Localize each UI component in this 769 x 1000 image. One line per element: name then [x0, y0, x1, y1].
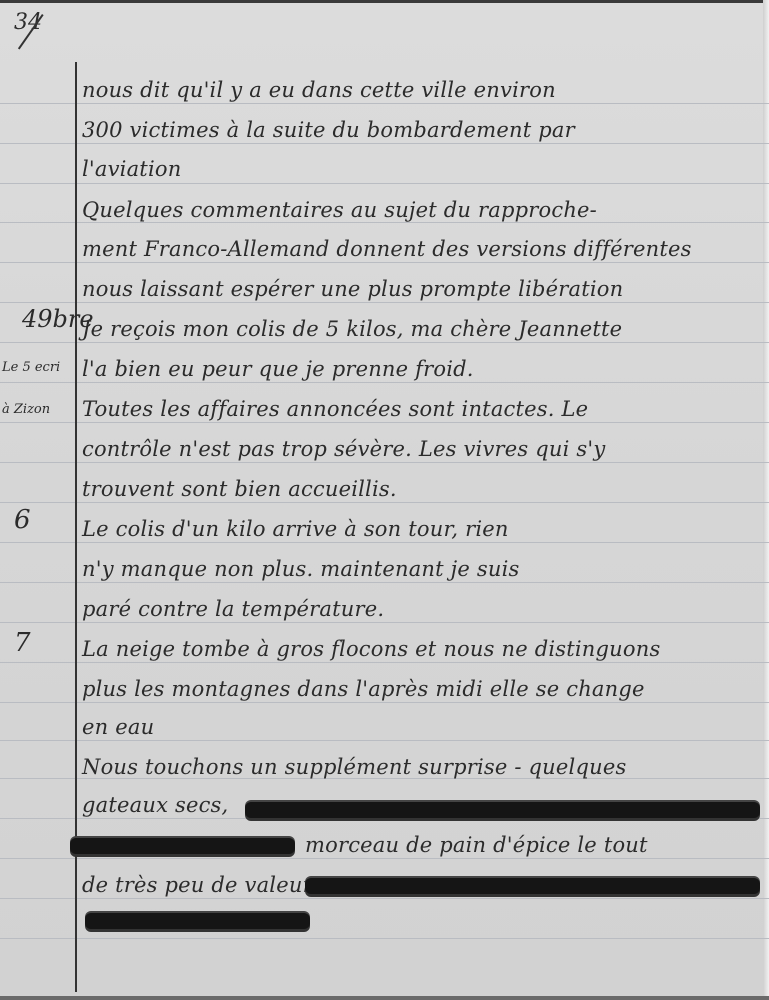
text-line: l'aviation	[82, 157, 762, 181]
redaction-mark	[305, 878, 760, 894]
ruled-line	[0, 183, 769, 184]
ruled-line	[0, 818, 769, 819]
ruled-line	[0, 342, 769, 343]
text-line: La neige tombe à gros flocons et nous ne…	[82, 637, 762, 661]
ruled-line	[0, 422, 769, 423]
margin-note-zizon: à Zizon	[2, 402, 50, 417]
notebook-page: 34 49bre Le 5 ecri à Zizon 6 7 nous dit …	[0, 0, 769, 1000]
text-line: nous dit qu'il y a eu dans cette ville e…	[82, 78, 762, 102]
ruled-line	[0, 582, 769, 583]
ruled-line	[0, 262, 769, 263]
ruled-line	[0, 858, 769, 859]
text-line: contrôle n'est pas trop sévère. Les vivr…	[82, 437, 762, 461]
ruled-line	[0, 542, 769, 543]
text-line: ment Franco-Allemand donnent des version…	[82, 237, 762, 261]
text-line: l'a bien eu peur que je prenne froid.	[82, 357, 762, 381]
ruled-line	[0, 622, 769, 623]
ruled-line	[0, 938, 769, 939]
page-top-edge	[0, 0, 769, 3]
text-line: en eau	[82, 715, 762, 739]
ruled-line	[0, 143, 769, 144]
margin-date-6: 6	[14, 505, 31, 535]
redaction-mark	[245, 802, 760, 818]
text-line: morceau de pain d'épice le tout	[305, 833, 755, 857]
ruled-line	[0, 222, 769, 223]
page-right-edge	[763, 0, 769, 1000]
text-line: n'y manque non plus. maintenant je suis	[82, 557, 762, 581]
ruled-line	[0, 898, 769, 899]
text-line: Je reçois mon colis de 5 kilos, ma chère…	[82, 317, 762, 341]
text-line: trouvent sont bien accueillis.	[82, 477, 762, 501]
text-line: Quelques commentaires au sujet du rappro…	[82, 198, 762, 222]
ruled-line	[0, 302, 769, 303]
ruled-line	[0, 103, 769, 104]
text-line: Le colis d'un kilo arrive à son tour, ri…	[82, 517, 762, 541]
ruled-line	[0, 462, 769, 463]
ruled-line	[0, 702, 769, 703]
text-line: Toutes les affaires annoncées sont intac…	[82, 397, 762, 421]
margin-date-7: 7	[14, 628, 31, 658]
text-line: 300 victimes à la suite du bombardement …	[82, 118, 762, 142]
page-bottom-edge	[0, 996, 769, 1000]
text-line: plus les montagnes dans l'après midi ell…	[82, 677, 762, 701]
text-line: Nous touchons un supplément surprise - q…	[82, 755, 762, 779]
text-line: nous laissant espérer une plus prompte l…	[82, 277, 762, 301]
ruled-line	[0, 740, 769, 741]
redaction-mark	[85, 913, 310, 929]
text-line: paré contre la température.	[82, 597, 762, 621]
redaction-mark	[70, 838, 295, 854]
ruled-line	[0, 382, 769, 383]
margin-note-ecrit: Le 5 ecri	[2, 360, 60, 375]
ruled-line	[0, 662, 769, 663]
ruled-line	[0, 502, 769, 503]
